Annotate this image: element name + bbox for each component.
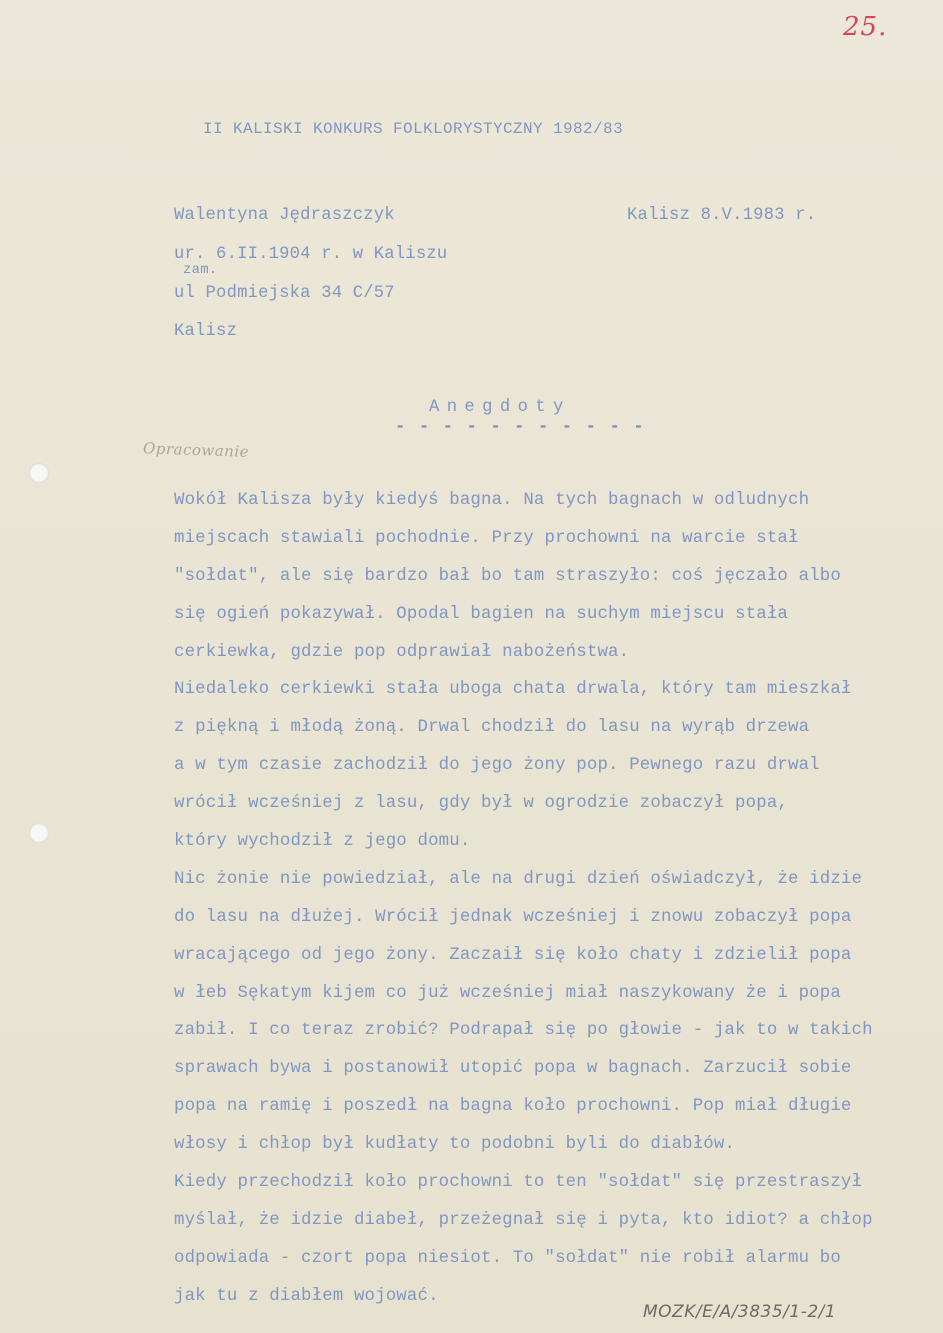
body-line: w łeb Sękatym kijem co już wcześniej mia… [174,984,873,1022]
body-line: zabił. I co teraz zrobić? Podrapał się p… [174,1021,873,1059]
place-date: Kalisz 8.V.1983 r. [627,207,816,224]
margin-note-handwritten: Opracowanie [143,439,250,461]
body-line: "sołdat", ale się bardzo bał bo tam stra… [174,567,873,605]
body-line: miejscach stawiali pochodnie. Przy proch… [174,529,873,567]
body-line: a w tym czasie zachodził do jego żony po… [174,756,873,794]
residence-label: zam. [183,263,217,277]
author-city: Kalisz [174,323,237,340]
body-line: wrócił wcześniej z lasu, gdy był w ogrod… [174,794,873,832]
body-line: Wokół Kalisza były kiedyś bagna. Na tych… [174,491,873,529]
body-line: myślał, że idzie diabeł, przeżegnał się … [174,1211,873,1249]
body-line: Nic żonie nie powiedział, ale na drugi d… [174,870,873,908]
anecdote-body: Wokół Kalisza były kiedyś bagna. Na tych… [174,491,873,1325]
document-page: 25. II KALISKI KONKURS FOLKLORYSTYCZNY 1… [0,0,943,1333]
body-line: który wychodził z jego domu. [174,832,873,870]
body-line: sprawach bywa i postanowił utopić popa w… [174,1059,873,1097]
body-line: z piękną i młodą żoną. Drwal chodził do … [174,718,873,756]
archive-signature: MOZK/E/A/3835/1-2/1 [643,1302,836,1322]
section-underline: - - - - - - - - - - - [395,419,645,436]
punch-hole-top [29,463,49,483]
page-number: 25. [843,12,887,42]
body-line: odpowiada - czort popa niesiot. To "sołd… [174,1249,873,1287]
punch-hole-bottom [29,823,49,843]
body-line: się ogień pokazywał. Opodal bagien na su… [174,605,873,643]
body-line: do lasu na dłużej. Wrócił jednak wcześni… [174,908,873,946]
header-title: II KALISKI KONKURS FOLKLORYSTYCZNY 1982/… [203,121,623,137]
author-name: Walentyna Jędraszczyk [174,207,395,224]
body-line: popa na ramię i poszedł na bagna koło pr… [174,1097,873,1135]
body-line: włosy i chłop był kudłaty to podobni byl… [174,1135,873,1173]
author-birth: ur. 6.II.1904 r. w Kaliszu [174,246,447,263]
author-street: ul Podmiejska 34 C/57 [174,285,395,302]
body-line: cerkiewka, gdzie pop odprawiał nabożeńst… [174,643,873,681]
body-line: Niedaleko cerkiewki stała uboga chata dr… [174,680,873,718]
body-line: wracającego od jego żony. Zaczaił się ko… [174,946,873,984]
section-title: Anegdoty [429,399,571,416]
body-line: Kiedy przechodził koło prochowni to ten … [174,1173,873,1211]
